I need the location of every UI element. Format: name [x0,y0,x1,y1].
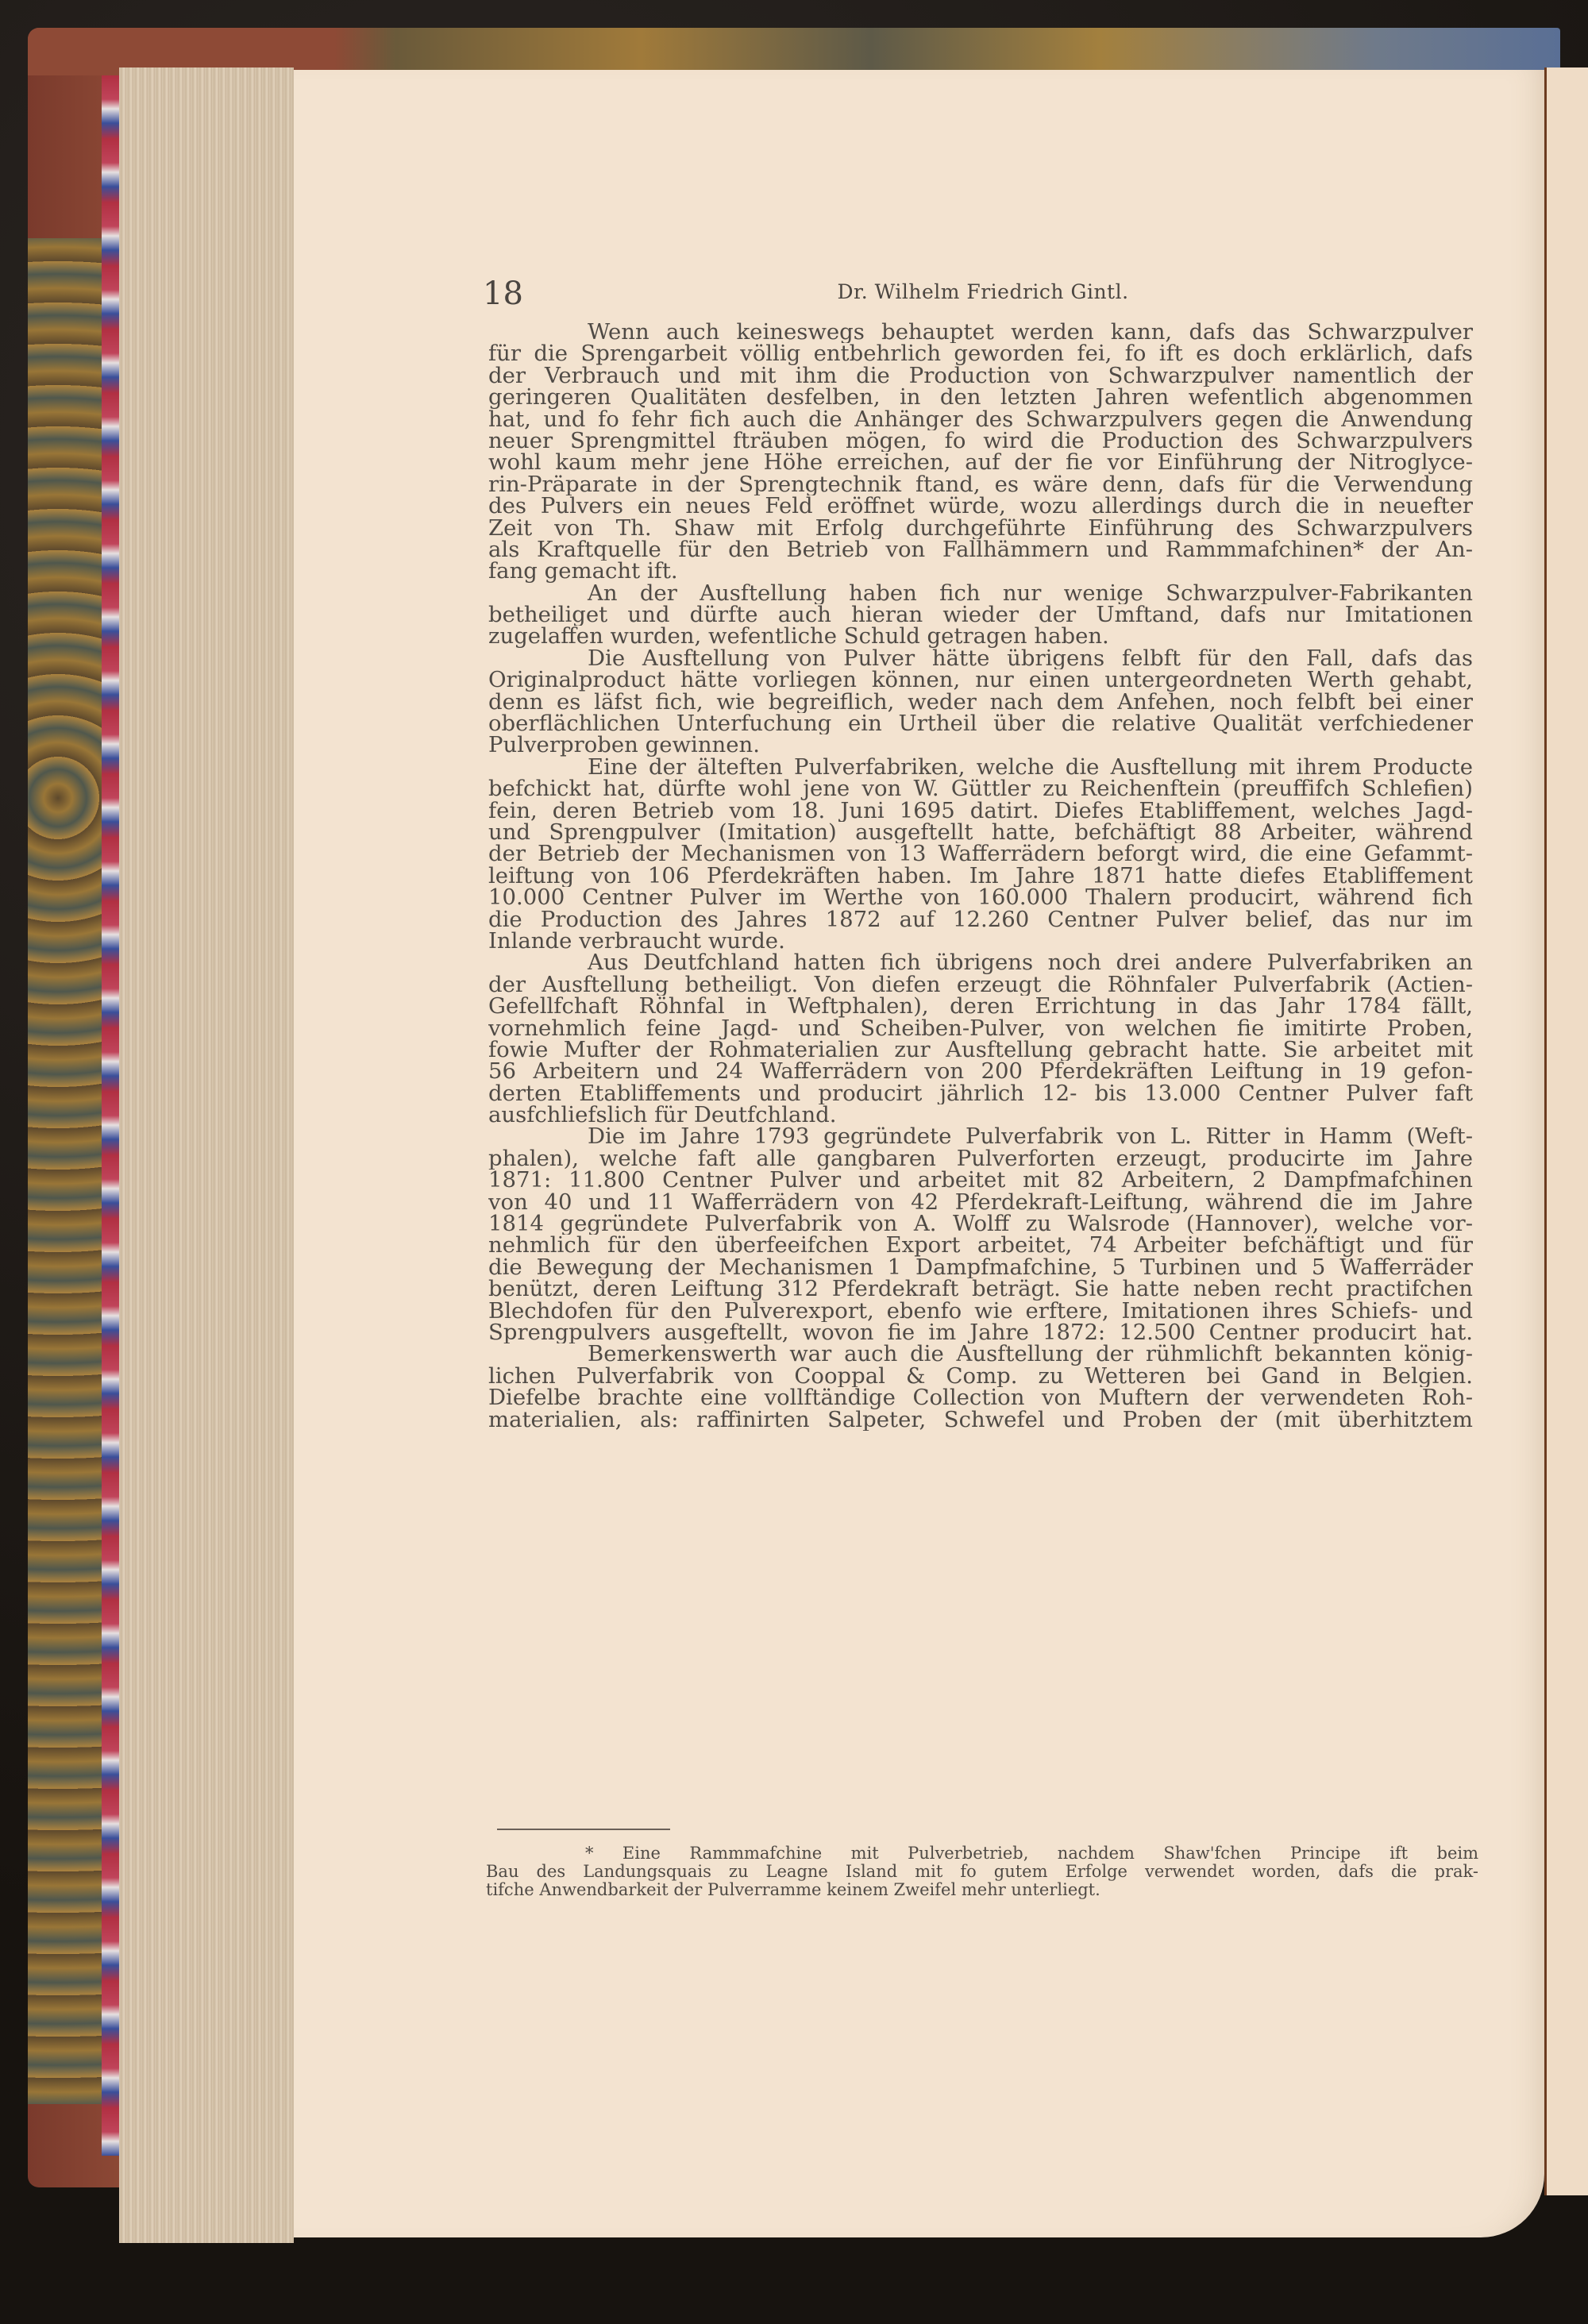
facing-page-edge [1544,67,1588,2195]
text-line: des Pulvers ein neues Feld eröffnet würd… [488,495,1473,517]
text-line: Bemerkenswerth war auch die Ausftellung … [488,1343,1473,1365]
text-line: Blechdofen für den Pulverexport, ebenfo … [488,1301,1473,1322]
text-line: 1871: 11.800 Centner Pulver und arbeitet… [488,1170,1473,1191]
text-line: für die Sprengarbeit völlig entbehrlich … [488,343,1473,364]
text-line: fein, deren Betrieb vom 18. Juni 1695 da… [488,800,1473,822]
text-line: vornehmlich feine Jagd- und Scheiben-Pul… [488,1018,1473,1039]
text-line: Zeit von Th. Shaw mit Erfolg durchgeführ… [488,518,1473,539]
text-line: Pulverproben gewinnen. [488,734,1473,756]
text-line: der Verbrauch und mit ihm die Production… [488,365,1473,387]
text-line: die Production des Jahres 1872 auf 12.26… [488,909,1473,931]
text-line: Inlande verbraucht wurde. [488,931,1473,952]
text-line: Bau des Landungsquais zu Leagne Island m… [486,1863,1478,1881]
text-line: phalen), welche faft alle gangbaren Pulv… [488,1148,1473,1170]
footnote-rule [497,1829,670,1830]
text-line: 1814 gegründete Pulverfabrik von A. Wolf… [488,1213,1473,1235]
text-line: fowie Mufter der Rohmaterialien zur Ausf… [488,1039,1473,1061]
text-line: geringeren Qualitäten desfelben, in den … [488,387,1473,408]
text-line: wohl kaum mehr jene Höhe erreichen, auf … [488,452,1473,473]
text-line: An der Ausftellung haben fich nur wenige… [488,583,1473,604]
text-line: lichen Pulverfabrik von Cooppal & Comp. … [488,1366,1473,1387]
text-line: benützt, deren Leiftung 312 Pferdekraft … [488,1278,1473,1300]
text-line: und Sprengpulver (Imitation) ausgeftellt… [488,822,1473,843]
marbled-page-edge [102,75,119,2156]
text-line: ausfchliefslich für Deutfchland. [488,1104,1473,1126]
text-line: denn es läfst fich, wie begreiflich, wed… [488,692,1473,713]
text-line: die Bewegung der Mechanismen 1 Dampfmafc… [488,1257,1473,1278]
text-line: Eine der älteften Pulverfabriken, welche… [488,757,1473,778]
text-line: der Ausftellung betheiligt. Von diefen e… [488,974,1473,996]
text-line: Die im Jahre 1793 gegründete Pulverfabri… [488,1126,1473,1147]
page-stack-edge [119,67,294,2243]
text-line: * Eine Rammmafchine mit Pulverbetrieb, n… [486,1844,1478,1863]
footnote: * Eine Rammmafchine mit Pulverbetrieb, n… [486,1844,1478,1899]
running-head: Dr. Wilhelm Friedrich Gintl. [483,280,1483,303]
text-line: 56 Arbeitern und 24 Wafferrädern von 200… [488,1061,1473,1082]
text-line: neuer Sprengmittel fträuben mögen, fo wi… [488,430,1473,452]
text-line: Diefelbe brachte eine vollftändige Colle… [488,1387,1473,1409]
text-line: 10.000 Centner Pulver im Werthe von 160.… [488,887,1473,908]
text-line: Aus Deutfchland hatten fich übrigens noc… [488,952,1473,973]
text-line: nehmlich für den überfeeifchen Export ar… [488,1235,1473,1256]
text-line: oberflächlichen Unterfuchung ein Urtheil… [488,713,1473,734]
text-line: befchickt hat, dürfte wohl jene von W. G… [488,778,1473,800]
text-line: tifche Anwendbarkeit der Pulverramme kei… [486,1881,1478,1899]
text-line: hat, und fo fehr fich auch die Anhänger … [488,409,1473,430]
text-line: als Kraftquelle für den Betrieb von Fall… [488,539,1473,561]
text-line: der Betrieb der Mechanismen von 13 Waffe… [488,843,1473,865]
text-line: derten Etabliffements und producirt jähr… [488,1083,1473,1104]
marbled-endpaper [28,238,103,2104]
text-line: fang gemacht ift. [488,561,1473,582]
text-line: von 40 und 11 Wafferrädern von 42 Pferde… [488,1192,1473,1213]
body-text: Wenn auch keineswegs behauptet werden ka… [488,322,1473,1431]
text-line: materialien, als: raffinirten Salpeter, … [488,1409,1473,1431]
text-line: Sprengpulvers ausgeftellt, wovon fie im … [488,1322,1473,1343]
text-line: rin-Präparate in der Sprengtechnik ftand… [488,474,1473,495]
text-line: Gefellfchaft Röhnfal in Weftphalen), der… [488,996,1473,1017]
text-line: betheiliget und dürfte auch hieran wiede… [488,604,1473,626]
text-line: Die Ausftellung von Pulver hätte übrigen… [488,648,1473,669]
text-line: Originalproduct hätte vorliegen können, … [488,669,1473,691]
text-line: Wenn auch keineswegs behauptet werden ka… [488,322,1473,343]
page-header: 18 Dr. Wilhelm Friedrich Gintl. [483,274,1483,322]
text-line: zugelaffen wurden, wefentliche Schuld ge… [488,626,1473,647]
text-line: leiftung von 106 Pferdekräften haben. Im… [488,865,1473,887]
